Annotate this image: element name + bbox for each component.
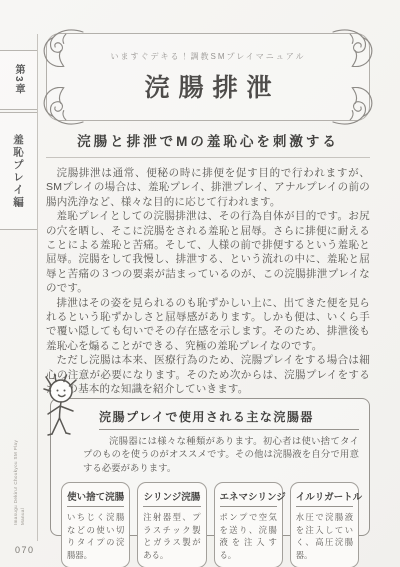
- body-text: 浣腸排泄は通常、便秘の時に排便を促す目的で行われますが、SMプレイの場合は、羞恥…: [46, 166, 370, 397]
- card-description: ポンプで空気を送り、浣腸液を注入する。: [220, 511, 277, 561]
- title-frame: いますぐデキる！調教SMプレイマニュアル 浣腸排泄: [46, 33, 370, 121]
- article: 浣腸と排泄でMの羞恥心を刺激する 浣腸排泄は通常、便秘の時に排便を促す目的で行わ…: [46, 130, 370, 397]
- paragraph: 排泄はその姿を見られるのも恥ずかしい上に、出てきた便を見られるという恥ずかしさと…: [46, 296, 370, 354]
- info-box: 浣腸プレイで使用される主な浣腸器 浣腸器には様々な種類があります。初心者は使い捨…: [50, 398, 370, 536]
- card-description: 注射器型、プラスチック製とガラス製がある。: [143, 511, 200, 561]
- card-title: イルリガートル: [296, 489, 353, 507]
- paragraph: ただし浣腸は本来、医療行為のため、浣腸プレイをする場合は細心の注意が必要になりま…: [46, 353, 370, 396]
- card-irrigator: イルリガートル 水圧で浣腸液を注入していく、高圧浣腸器。: [290, 482, 359, 567]
- sidebar-item-chapter: 第3章: [0, 50, 37, 110]
- page-number: 070: [15, 545, 35, 555]
- card-title: エネマシリンジ: [220, 489, 277, 507]
- card-enema-syringe: エネマシリンジ ポンプで空気を送り、浣腸液を注入する。: [214, 482, 283, 567]
- card-title: シリンジ浣腸: [143, 489, 200, 507]
- flourish-corner-icon: [331, 27, 375, 67]
- sidebar-divider: [37, 34, 38, 541]
- series-subtitle: いますぐデキる！調教SMプレイマニュアル: [111, 51, 306, 62]
- paragraph: 羞恥プレイとしての浣腸排泄は、その行為自体が目的です。お尻の穴を晒し、そこに浣腸…: [46, 209, 370, 295]
- book-page: 第3章 羞恥プレイ編 Imasugu Dekiru! Choukyou SM P…: [0, 0, 400, 567]
- side-caption-line: Imasugu Dekiru! Choukyou: [13, 461, 18, 525]
- card-disposable-enema: 使い捨て浣腸 いちじく浣腸などの使い切りタイプの浣腸器。: [61, 482, 130, 567]
- flourish-corner-icon: [41, 27, 85, 67]
- enema-type-cards: 使い捨て浣腸 いちじく浣腸などの使い切りタイプの浣腸器。 シリンジ浣腸 注射器型…: [61, 482, 359, 567]
- info-box-heading: 浣腸プレイで使用される主な浣腸器: [99, 408, 359, 430]
- chapter-tab-label: 第3章: [11, 64, 26, 96]
- flourish-corner-icon: [331, 87, 375, 127]
- paragraph: 浣腸排泄は通常、便秘の時に排便を促す目的で行われますが、SMプレイの場合は、羞恥…: [46, 166, 370, 209]
- card-title: 使い捨て浣腸: [67, 489, 124, 507]
- flourish-corner-icon: [41, 87, 85, 127]
- info-box-intro: 浣腸器には様々な種類があります。初心者は使い捨てタイプのものを使うのがオススメで…: [83, 435, 359, 475]
- card-description: いちじく浣腸などの使い切りタイプの浣腸器。: [67, 511, 124, 561]
- section-heading: 浣腸と排泄でMの羞恥心を刺激する: [46, 130, 370, 158]
- section-tab-label: 羞恥プレイ編: [11, 134, 26, 209]
- card-syringe-enema: シリンジ浣腸 注射器型、プラスチック製とガラス製がある。: [137, 482, 206, 567]
- card-description: 水圧で浣腸液を注入していく、高圧浣腸器。: [296, 511, 353, 561]
- page-title: 浣腸排泄: [135, 68, 280, 104]
- sidebar-item-section: 羞恥プレイ編: [0, 112, 37, 230]
- side-caption: Imasugu Dekiru! Choukyou SM Play Manual: [12, 439, 26, 525]
